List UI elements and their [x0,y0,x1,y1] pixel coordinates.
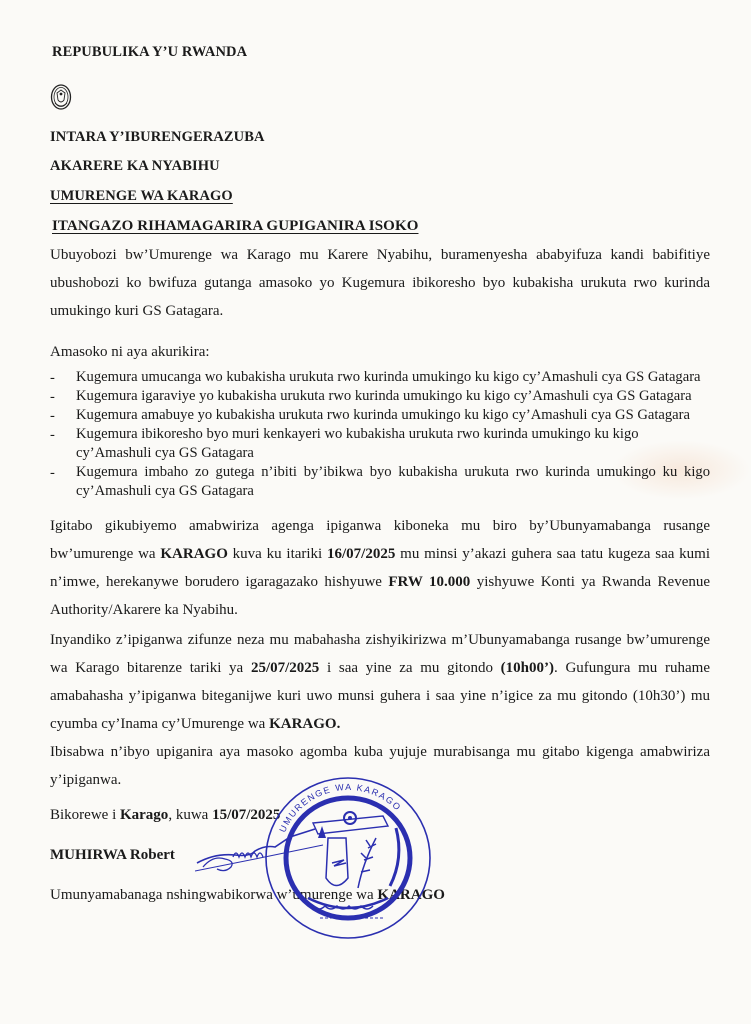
sector-stamp-icon: UMURENGE WA KARAGO [258,768,438,943]
bullet-dash: - [50,388,55,407]
notice-title: ITANGAZO RIHAMAGARIRA GUPIGANIRA ISOKO [52,218,418,235]
sector-heading: UMURENGE WA KARAGO [50,188,233,205]
submission-paragraph: Inyandiko z’ipiganwa zifunze neza mu mab… [50,626,710,738]
signatory-name: MUHIRWA Robert [50,847,175,864]
intro-paragraph: Ubuyobozi bw’Umurenge wa Karago mu Karer… [50,241,710,325]
district-heading: AKARERE KA NYABIHU [50,158,220,175]
rwanda-coat-of-arms-icon [50,83,72,111]
list-item: -Kugemura ibikoresho byo muri kenkayeri … [50,425,710,463]
bullet-dash: - [50,407,55,426]
list-item: -Kugemura umucanga wo kubakisha urukuta … [50,368,710,387]
province-heading: INTARA Y’IBURENGERAZUBA [50,129,265,146]
bullet-dash: - [50,369,55,388]
bullet-dash: - [50,464,55,483]
list-item: -Kugemura igaraviye yo kubakisha urukuta… [50,387,710,406]
country-heading: REPUBULIKA Y’U RWANDA [52,44,247,61]
tender-document-paragraph: Igitabo gikubiyemo amabwiriza agenga ipi… [50,512,710,624]
list-item: -Kugemura amabuye yo kubakisha urukuta r… [50,406,710,425]
document-page: REPUBULIKA Y’U RWANDA INTARA Y’IBURENGER… [0,0,751,1024]
signed-place-date: Bikorewe i Karago, kuwa 15/07/2025 [50,807,280,824]
list-item: -Kugemura imbaho zo gutega n’ibiti by’ib… [50,463,710,501]
bullet-dash: - [50,426,55,445]
list-intro: Amasoko ni aya akurikira: [50,338,710,366]
tender-list: -Kugemura umucanga wo kubakisha urukuta … [50,368,710,501]
